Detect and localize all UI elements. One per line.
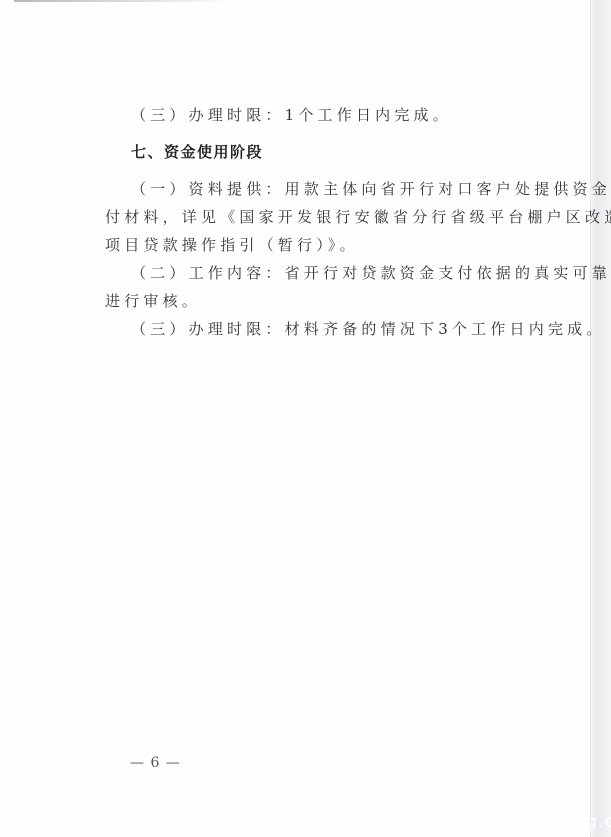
paragraph-line-time-limit-2: （三）办理时限：材料齐备的情况下3个工作日内完成。 [131, 318, 606, 339]
watermark: w.huibeizeng.com [475, 812, 611, 832]
section-heading-fund-use: 七、资金使用阶段 [131, 141, 263, 162]
scan-top-edge [14, 0, 234, 2]
paragraph-line-materials: （一）资料提供：用款主体向省开行对口客户处提供资金支 [131, 178, 611, 199]
paragraph-line-time-limit-1: （三）办理时限：1个工作日内完成。 [131, 104, 452, 125]
paragraph-line-work-content: （二）工作内容：省开行对贷款资金支付依据的真实可靠性 [131, 262, 611, 283]
page-number: — 6 — [130, 755, 181, 771]
paragraph-line-work-content-cont: 进行审核。 [105, 290, 201, 311]
document-page: （三）办理时限：1个工作日内完成。 七、资金使用阶段 （一）资料提供：用款主体向… [0, 0, 611, 837]
paragraph-line-materials-cont-1: 付材料，详见《国家开发银行安徽省分行省级平台棚户区改造 [105, 206, 611, 227]
scan-right-edge [590, 0, 611, 837]
paragraph-line-materials-cont-2: 项目贷款操作指引（暂行）》。 [105, 234, 359, 255]
